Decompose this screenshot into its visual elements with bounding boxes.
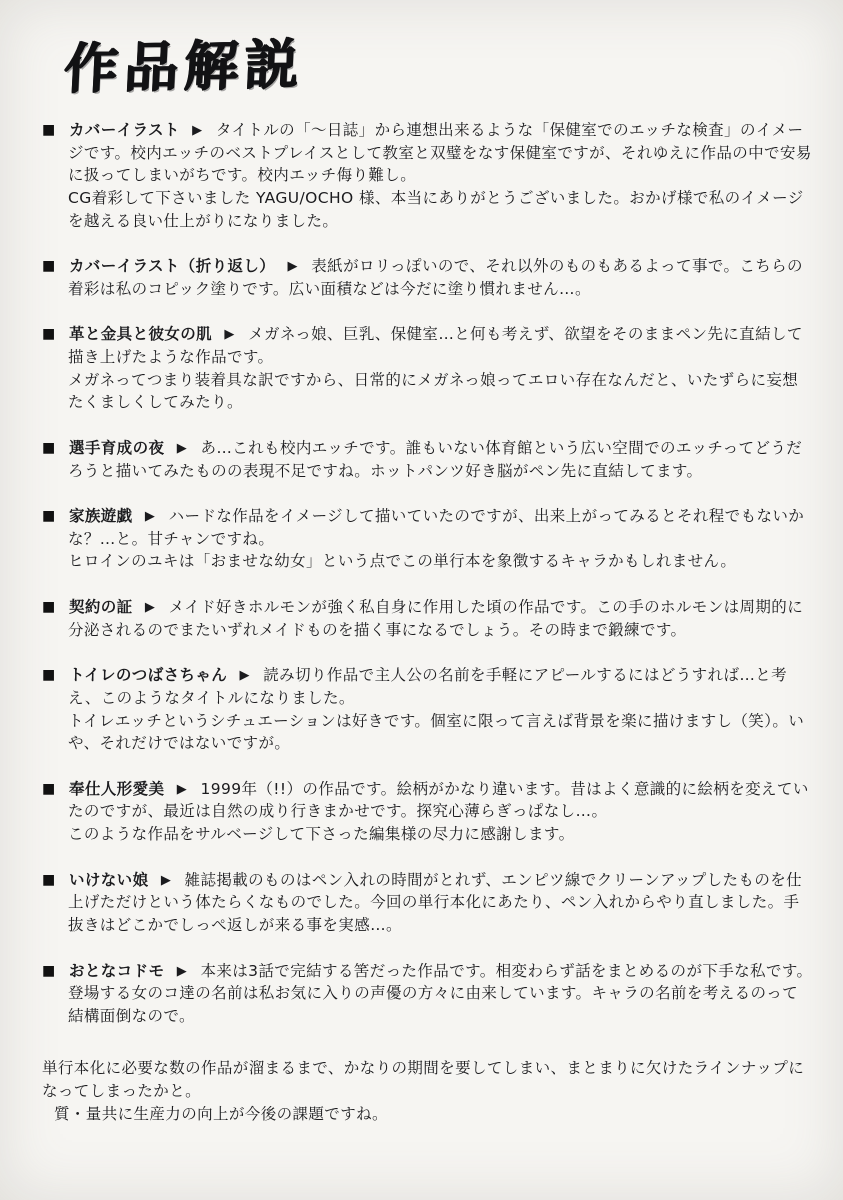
section-first-paragraph: ■ トイレのつばさちゃん ▶ 読み切り作品で主人公の名前を手軽にアピールするには… [42, 664, 813, 709]
section-text: 雑誌掲載のものはペン入れの時間がとれず、エンピツ線でクリーンアップしたものを仕上… [68, 871, 802, 934]
section-first-paragraph: ■ 選手育成の夜 ▶ あ…これも校内エッチです。誰もいない体育館という広い空間で… [42, 437, 813, 482]
arrow-right-icon: ▶ [288, 259, 298, 274]
section-first-paragraph: ■ カバーイラスト ▶ タイトルの「〜日誌」から連想出来るような「保健室でのエッ… [42, 119, 813, 187]
arrow-right-icon: ▶ [145, 600, 155, 615]
commentary-section: ■ 選手育成の夜 ▶ あ…これも校内エッチです。誰もいない体育館という広い空間で… [42, 437, 813, 482]
bullet-square-icon: ■ [42, 326, 56, 342]
section-first-paragraph: ■ 奉仕人形愛美 ▶ 1999年（!!）の作品です。絵柄がかなり違います。昔はよ… [42, 778, 813, 823]
bullet-square-icon: ■ [42, 122, 56, 138]
commentary-section: ■ おとなコドモ ▶ 本来は3話で完結する筈だった作品です。相変わらず話をまとめ… [42, 960, 813, 1028]
commentary-section: ■ 奉仕人形愛美 ▶ 1999年（!!）の作品です。絵柄がかなり違います。昔はよ… [42, 778, 813, 846]
section-title: おとなコドモ [69, 962, 164, 980]
section-text: ハードな作品をイメージして描いていたのですが、出来上がってみるとそれ程でもないか… [68, 507, 804, 548]
arrow-right-icon: ▶ [161, 873, 171, 888]
section-first-paragraph: ■ 家族遊戯 ▶ ハードな作品をイメージして描いていたのですが、出来上がってみる… [42, 505, 813, 550]
closing-paragraph: 単行本化に必要な数の作品が溜まるまで、かなりの期間を要してしまい、まとまりに欠け… [42, 1057, 813, 1102]
arrow-right-icon: ▶ [177, 964, 187, 979]
bullet-square-icon: ■ [42, 508, 56, 524]
section-text: メイド好きホルモンが強く私自身に作用した頃の作品です。この手のホルモンは周期的に… [68, 598, 803, 639]
bullet-square-icon: ■ [42, 963, 56, 979]
section-first-paragraph: ■ カバーイラスト（折り返し） ▶ 表紙がロリっぽいので、それ以外のものもあるよ… [42, 255, 813, 300]
bullet-square-icon: ■ [42, 258, 56, 274]
arrow-right-icon: ▶ [177, 441, 187, 456]
section-title: カバーイラスト（折り返し） [69, 257, 275, 275]
section-title: トイレのつばさちゃん [69, 666, 227, 684]
closing-paragraph: 質・量共に生産力の向上が今後の課題ですね。 [42, 1103, 813, 1126]
section-title: 家族遊戯 [69, 507, 133, 525]
commentary-section: ■ トイレのつばさちゃん ▶ 読み切り作品で主人公の名前を手軽にアピールするには… [42, 664, 813, 755]
commentary-section: ■ カバーイラスト（折り返し） ▶ 表紙がロリっぽいので、それ以外のものもあるよ… [42, 255, 813, 300]
section-continuation-paragraph: CG着彩して下さいました YAGU/OCHO 様、本当にありがとうございました。… [42, 187, 813, 232]
section-first-paragraph: ■ おとなコドモ ▶ 本来は3話で完結する筈だった作品です。相変わらず話をまとめ… [42, 960, 813, 1028]
commentary-section: ■ 契約の証 ▶ メイド好きホルモンが強く私自身に作用した頃の作品です。この手の… [42, 596, 813, 641]
arrow-right-icon: ▶ [240, 668, 250, 683]
commentary-section: ■ いけない娘 ▶ 雑誌掲載のものはペン入れの時間がとれず、エンピツ線でクリーン… [42, 869, 813, 937]
section-continuation-paragraph: トイレエッチというシチュエーションは好きです。個室に限って言えば背景を楽に描けま… [42, 710, 813, 755]
arrow-right-icon: ▶ [192, 123, 202, 138]
section-title: 契約の証 [69, 598, 133, 616]
bullet-square-icon: ■ [42, 599, 56, 615]
commentary-section: ■ カバーイラスト ▶ タイトルの「〜日誌」から連想出来るような「保健室でのエッ… [42, 119, 813, 232]
section-continuation-paragraph: このような作品をサルベージして下さった編集様の尽力に感謝します。 [42, 823, 813, 846]
section-continuation-paragraph: メガネってつまり装着具な訳ですから、日常的にメガネっ娘ってエロい存在なんだと、い… [42, 369, 813, 414]
arrow-right-icon: ▶ [145, 509, 155, 524]
section-first-paragraph: ■ 革と金具と彼女の肌 ▶ メガネっ娘、巨乳、保健室…と何も考えず、欲望をそのま… [42, 323, 813, 368]
commentary-section: ■ 革と金具と彼女の肌 ▶ メガネっ娘、巨乳、保健室…と何も考えず、欲望をそのま… [42, 323, 813, 414]
section-continuation-paragraph: ヒロインのユキは「おませな幼女」という点でこの単行本を象徴するキャラかもしれませ… [42, 550, 813, 573]
commentary-sections: ■ カバーイラスト ▶ タイトルの「〜日誌」から連想出来るような「保健室でのエッ… [42, 119, 813, 1027]
bullet-square-icon: ■ [42, 781, 56, 797]
bullet-square-icon: ■ [42, 872, 56, 888]
commentary-section: ■ 家族遊戯 ▶ ハードな作品をイメージして描いていたのですが、出来上がってみる… [42, 505, 813, 573]
section-title: 革と金具と彼女の肌 [69, 325, 212, 343]
page-title: 作品解説 [62, 21, 306, 103]
section-first-paragraph: ■ 契約の証 ▶ メイド好きホルモンが強く私自身に作用した頃の作品です。この手の… [42, 596, 813, 641]
bullet-square-icon: ■ [42, 440, 56, 456]
closing-remarks: 単行本化に必要な数の作品が溜まるまで、かなりの期間を要してしまい、まとまりに欠け… [42, 1057, 813, 1125]
scanned-afterword-page: 作品解説 ■ カバーイラスト ▶ タイトルの「〜日誌」から連想出来るような「保健… [0, 0, 843, 1200]
section-title: カバーイラスト [69, 121, 180, 139]
section-title: 奉仕人形愛美 [69, 780, 164, 798]
section-title: 選手育成の夜 [69, 439, 164, 457]
arrow-right-icon: ▶ [177, 782, 187, 797]
bullet-square-icon: ■ [42, 667, 56, 683]
section-title: いけない娘 [69, 871, 149, 889]
arrow-right-icon: ▶ [224, 327, 234, 342]
section-first-paragraph: ■ いけない娘 ▶ 雑誌掲載のものはペン入れの時間がとれず、エンピツ線でクリーン… [42, 869, 813, 937]
